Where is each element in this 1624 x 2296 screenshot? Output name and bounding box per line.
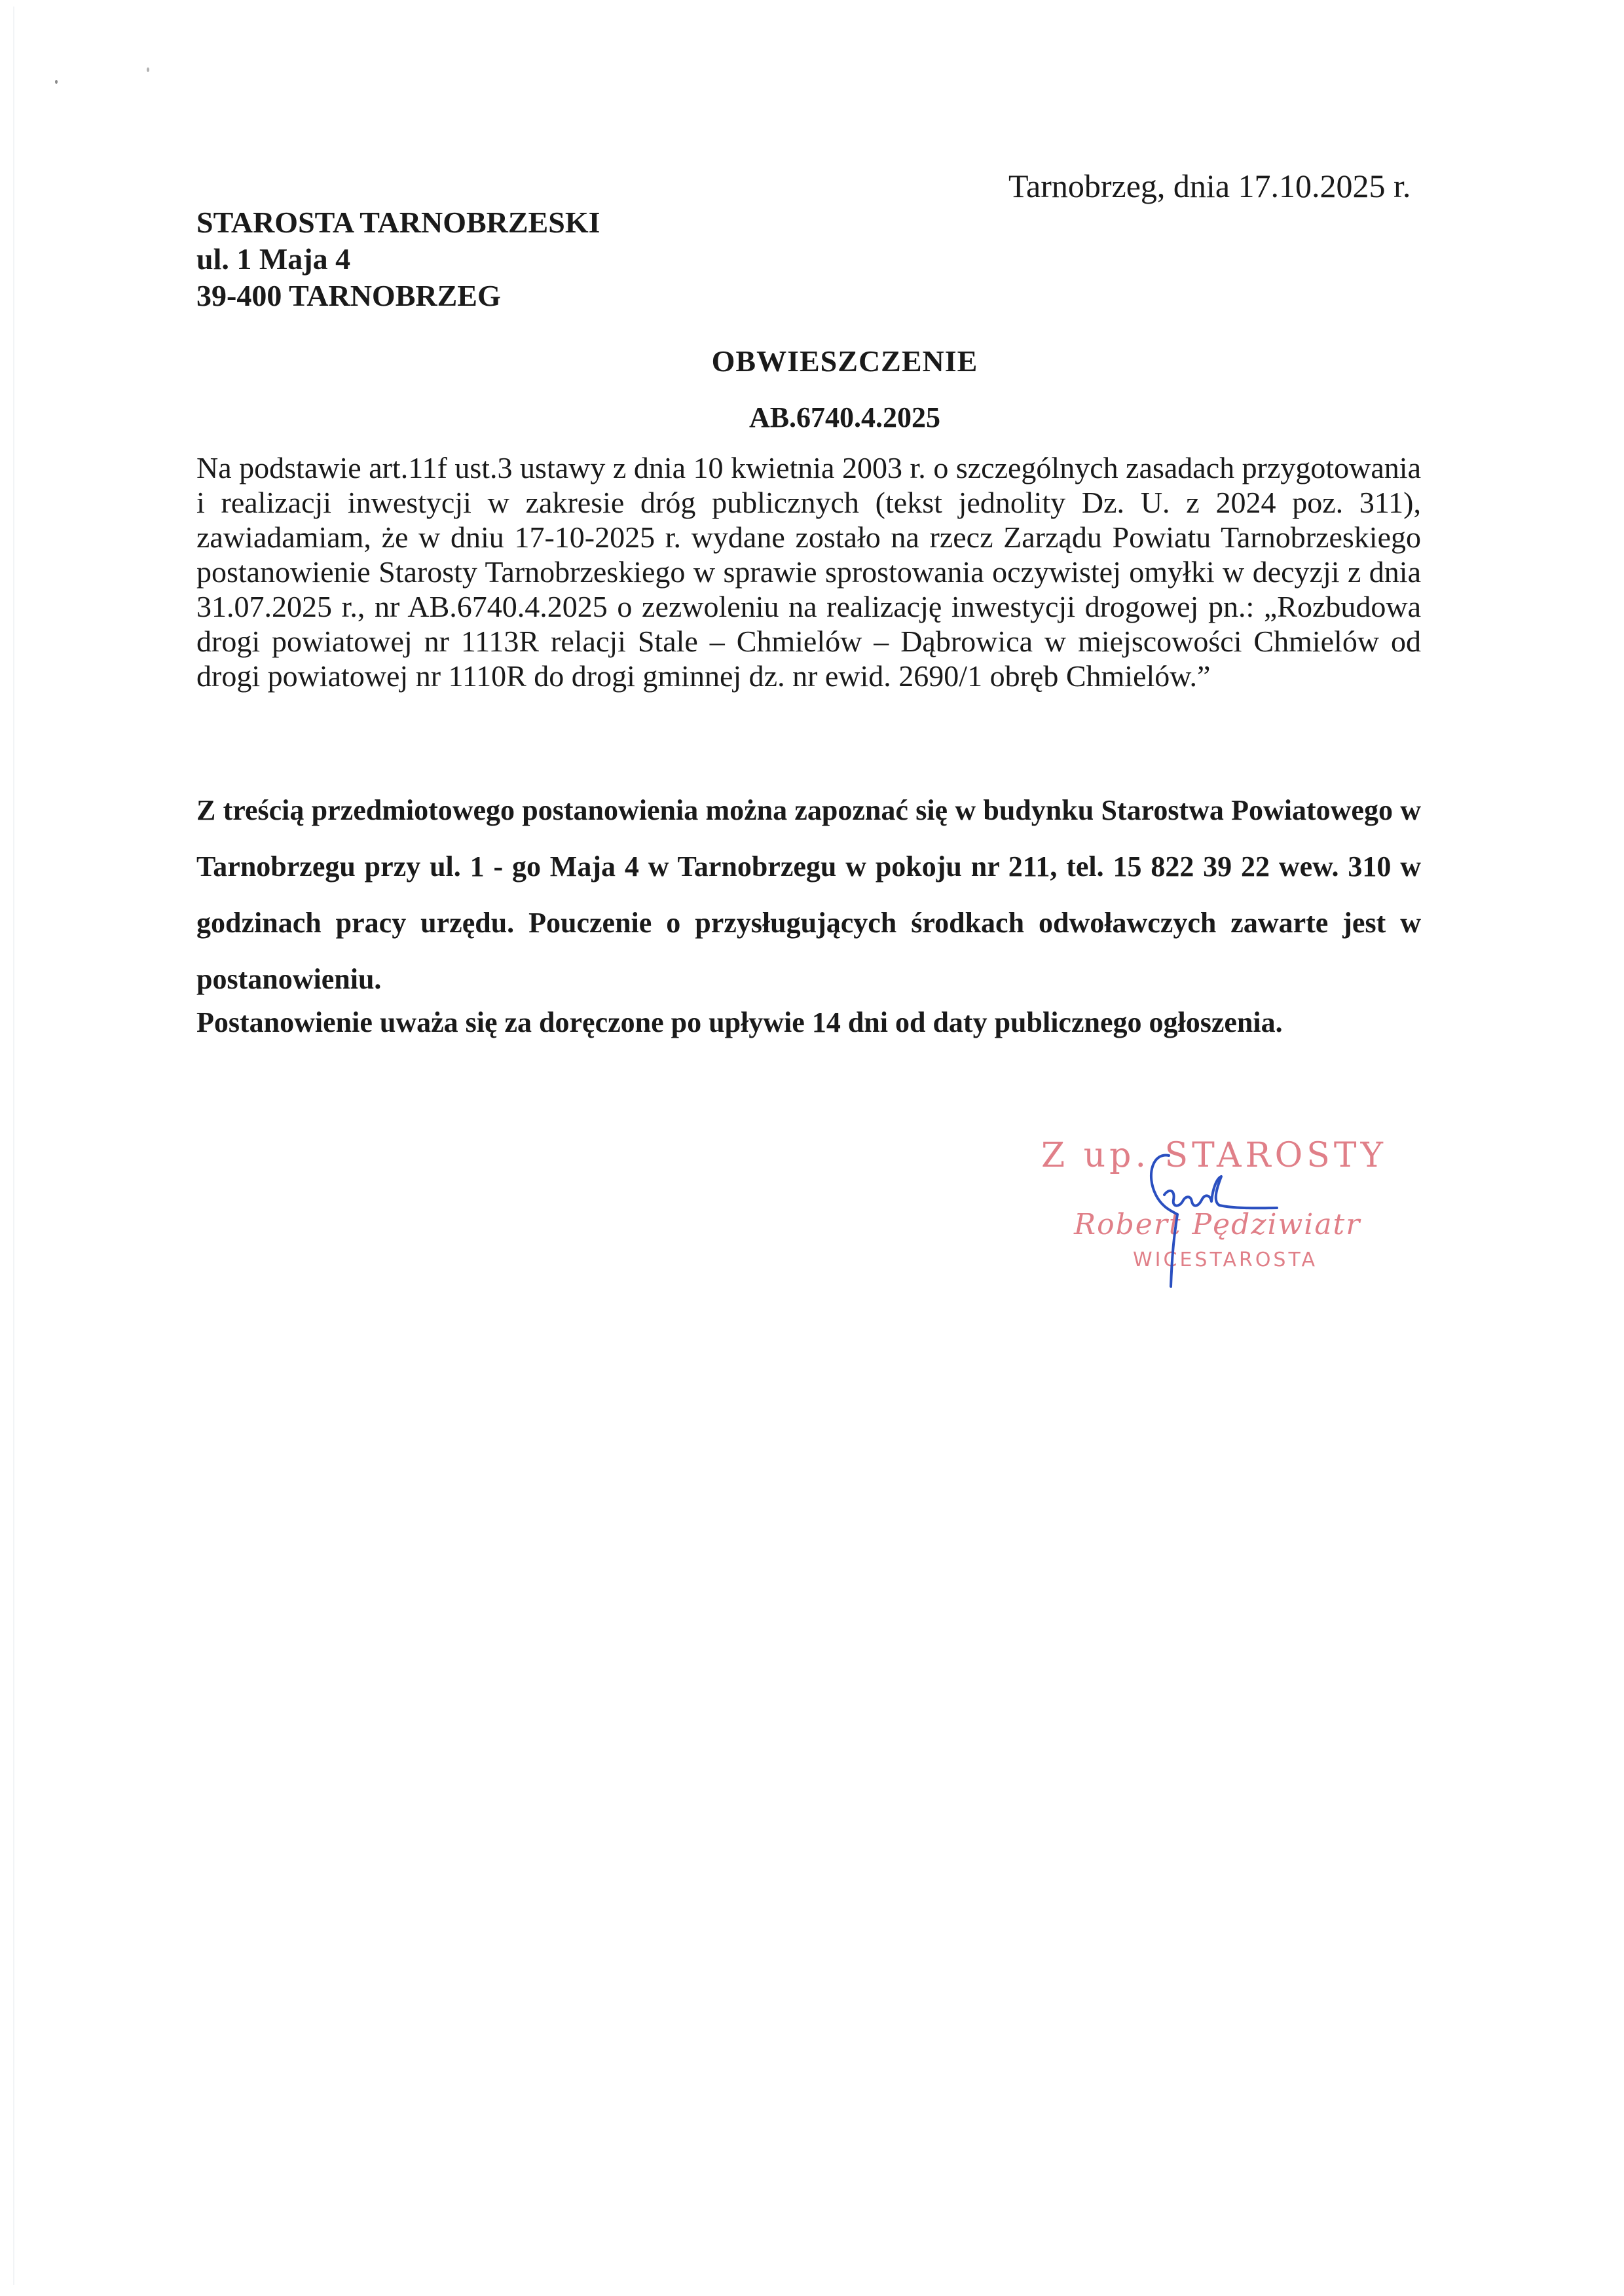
scan-speck: [55, 80, 58, 84]
sender-name: STAROSTA TARNOBRZESKI: [196, 204, 600, 241]
notice-paragraph: Z treścią przedmiotowego postanowienia m…: [196, 782, 1421, 1008]
handwritten-signature: [1139, 1149, 1336, 1293]
sender-street: ul. 1 Maja 4: [196, 241, 600, 278]
place-date: Tarnobrzeg, dnia 17.10.2025 r.: [1008, 167, 1411, 205]
body-paragraph: Na podstawie art.11f ust.3 ustawy z dnia…: [196, 450, 1421, 693]
case-number: AB.6740.4.2025: [0, 401, 1624, 434]
notice-text: Z treścią przedmiotowego postanowienia m…: [196, 782, 1421, 1008]
sender-block: STAROSTA TARNOBRZESKI ul. 1 Maja 4 39-40…: [196, 204, 600, 314]
scan-speck: [147, 67, 149, 72]
delivery-note: Postanowienie uważa się za doręczone po …: [196, 1006, 1283, 1039]
sender-city: 39-400 TARNOBRZEG: [196, 278, 600, 314]
document-title: OBWIESZCZENIE: [0, 344, 1624, 378]
